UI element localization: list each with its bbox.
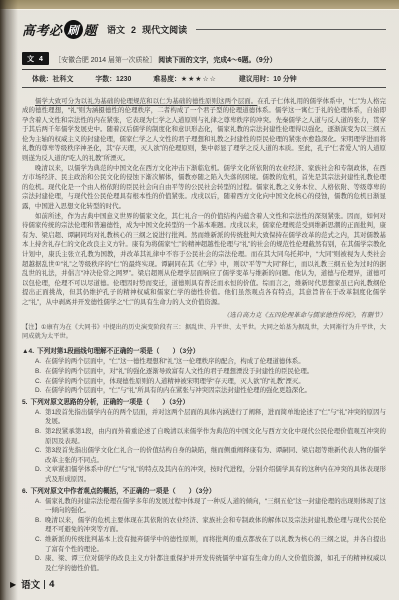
question-6-option-c: C.维新派的传统批判基本上没有抛弃儒学中的德性原则，而将批判的重点都放在了以礼教… xyxy=(22,535,386,554)
question-4-text: 下列对第1段画线句理解不正确的一项是（ ）（3分） xyxy=(37,347,199,357)
scanned-book-page: 高考必 刷 题 语文 2 现代文阅读 文 4 ［安徽合肥 2014 届第一次质检… xyxy=(0,0,399,600)
passage-source: ［安徽合肥 2014 届第一次质检］ xyxy=(54,54,156,64)
paragraph-2: 晚清以来，以儒学为典范的中国文化在西方文化冲击下渐临危机。儒学文化所依附的农业经… xyxy=(22,164,386,212)
footer-divider xyxy=(44,580,45,589)
brand-logo: 高考必 刷 题 xyxy=(22,20,97,39)
logo-circle-icon: 刷 xyxy=(64,20,83,39)
question-4-marker: ▲4. xyxy=(22,347,34,357)
meta-difficulty: 难易度：★★★☆☆ xyxy=(153,73,216,83)
question-5-marker: 5. xyxy=(22,398,28,408)
footer-subject: 语文 xyxy=(21,577,40,591)
page-top-edge xyxy=(0,0,399,10)
binding-shadow xyxy=(0,0,18,600)
logo-text-left: 高考必 xyxy=(22,20,63,39)
question-4-option-b: B.在儒学的两个层面中，对“礼”的强化逐渐导致富有人文性的君子理想湮没于封建性的… xyxy=(22,367,386,377)
paragraph-1: 儒学大致可分为以礼为基础的伦理规范和以仁为基础的德性原则这两个层面。在孔子仁体礼… xyxy=(22,97,386,164)
underlined-sentence: 儒学大致可分为以礼为基础的伦理规范和以仁为基础的德性原则这两个层面。 xyxy=(35,98,257,105)
question-6-marker: 6. xyxy=(22,487,28,497)
question-4-option-c: C.在儒学的两个层面中，体现德性原则的人道精神被宋明理学“存天理，灭人欲”的“礼… xyxy=(22,377,386,387)
question-4: ▲4. 下列对第1段画线句理解不正确的一项是（ ）（3分） A.在儒学的两个层面… xyxy=(22,347,386,395)
question-6-option-b: B.晚清以来，儒学的危机主要体现在其依附的农业经济、家族社会和专制政体的解体以及… xyxy=(22,516,386,535)
header-chapter-number: 2 xyxy=(131,25,136,35)
question-6-text: 下列对原文中作者观点的概括，不正确的一项是（ ）（3分） xyxy=(31,487,216,497)
question-6-option-d: D.康、梁、谭三位对儒学的改良主义方针都注重保护并开发传统儒学中富有生命力的人文… xyxy=(22,554,386,573)
page-content: 高考必 刷 题 语文 2 现代文阅读 文 4 ［安徽合肥 2014 届第一次质检… xyxy=(22,14,386,575)
question-5-option-a: A.第1段首先指出儒学内在的两个层面，并对这两个层面的具体内涵进行了阐释，进而简… xyxy=(22,408,386,427)
header-rule-line xyxy=(196,29,386,30)
question-6-option-a: A.儒家礼教的封建宗法伦理在儒学多年的发展过程中体现了一种反人道的倾向，“三纲五… xyxy=(22,497,386,516)
difficulty-stars-icon: ★★★☆☆ xyxy=(181,76,217,83)
passage-footnote: 【注】①康有为在《大同书》中提出的历史演变阶段有三：据乱世、升平世、太平世。大同… xyxy=(22,323,386,341)
question-5-option-d: D.文章紧扣儒学体系中的“仁”与“礼”的特点及其内在的冲突，按时代进程，分别介绍… xyxy=(22,465,386,484)
meta-suggested-time: 建议用时：10 分钟 xyxy=(239,73,297,83)
header-chapter-title: 现代文阅读 xyxy=(142,23,187,36)
page-header: 高考必 刷 题 语文 2 现代文阅读 xyxy=(22,20,386,39)
question-list: ▲4. 下列对第1段画线句理解不正确的一项是（ ）（3分） A.在儒学的两个层面… xyxy=(22,347,386,573)
question-6-stem: 6. 下列对原文中作者观点的概括，不正确的一项是（ ）（3分） xyxy=(22,487,386,497)
question-5-option-c: C.第3段首先指出儒学文化仁礼合一的价值结构自身的缺陷，继而侧重阐释康有为、谭嗣… xyxy=(22,446,386,465)
question-5-option-b: B.第2段紧承第1段，由内而外着重论述了自晚清以来儒学作为典范的中国文化与西方文… xyxy=(22,427,386,446)
paragraph-3: 如前所述，作为古典中国意义世界的儒家文化，其仁礼合一的价值结构内蕴含着人文性和宗… xyxy=(22,212,386,308)
passage-body: 儒学大致可分为以礼为基础的伦理规范和以仁为基础的德性原则这两个层面。在孔子仁体礼… xyxy=(22,97,386,308)
page-footer: ▶ 语文 4 xyxy=(10,577,54,591)
question-5: 5. 下列对原文思路的分析，正确的一项是（ ）（3分） A.第1段首先指出儒学内… xyxy=(22,398,386,485)
passage-attribution: （选自高力克《五四伦理革命与儒家德性传统》，有删节） xyxy=(22,310,386,319)
header-subject: 语文 xyxy=(107,23,125,36)
passage-meta-bar: 体裁：社科文 字数：1230 难易度：★★★☆☆ 建议用时：10 分钟 xyxy=(22,69,386,88)
question-6: 6. 下列对原文中作者观点的概括，不正确的一项是（ ）（3分） A.儒家礼教的封… xyxy=(22,487,386,574)
passage-badge: 文 4 xyxy=(22,52,49,65)
footer-page-number: 4 xyxy=(49,579,54,590)
logo-text-right: 题 xyxy=(84,20,98,39)
question-4-option-d: D.在儒学的两个层面中，“仁”与“礼”所具有的内在紧张与冲突因宗法封建性伦理的强… xyxy=(22,386,386,396)
paragraph-1-rest: 在孔子仁体礼用的儒学体系中，“仁”为人格完成的德性理想，“礼”则为涵摄德性的伦理… xyxy=(22,98,386,163)
passage-instruction: 阅读下面的文字，完成4～6题。（9分） xyxy=(158,54,276,64)
meta-word-count: 字数：1230 xyxy=(95,73,131,83)
footer-arrow-icon: ▶ xyxy=(10,580,16,589)
question-5-text: 下列对原文思路的分析，正确的一项是（ ）（3分） xyxy=(31,398,190,408)
question-5-stem: 5. 下列对原文思路的分析，正确的一项是（ ）（3分） xyxy=(22,398,386,408)
meta-genre: 体裁：社科文 xyxy=(32,73,73,83)
question-4-option-a: A.在儒学的两个层面中，“仁”这一德性理想和“礼”这一伦理秩序的配合，构成了伦理… xyxy=(22,357,386,367)
passage-heading-row: 文 4 ［安徽合肥 2014 届第一次质检］ 阅读下面的文字，完成4～6题。（9… xyxy=(22,52,386,65)
question-4-stem: ▲4. 下列对第1段画线句理解不正确的一项是（ ）（3分） xyxy=(22,347,386,357)
